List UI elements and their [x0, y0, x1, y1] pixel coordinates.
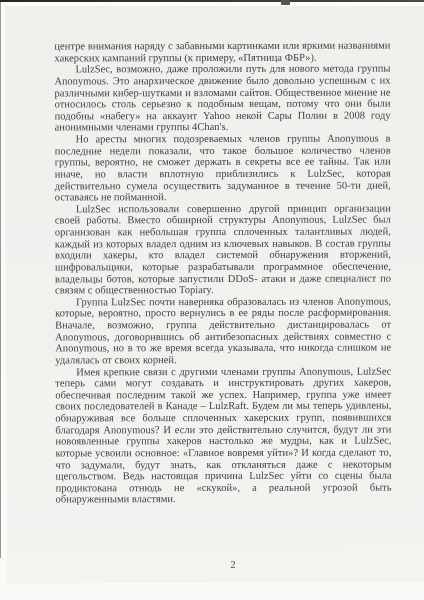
scan-speck-artifact: [281, 0, 290, 5]
scan-edge-highlight: [0, 2, 424, 6]
paragraph: Но аресты многих подозреваемых членов гр…: [55, 134, 391, 205]
page-number: 2: [55, 560, 411, 571]
paragraph: центре внимания наряду с забавными карти…: [54, 41, 390, 65]
paragraph: Группа LulzSec почти наверняка образовал…: [55, 296, 391, 367]
paragraph: LulzSec, возможно, даже проложили путь д…: [54, 64, 390, 135]
scan-edge-artifact-left: [0, 2, 1, 558]
paragraph: Имея крепкие связи с другими членами гру…: [55, 366, 391, 506]
scanned-document-page: { "document": { "page_number": "2", "par…: [0, 0, 424, 600]
paragraph: LulzSec использовали совершенно другой п…: [55, 203, 391, 297]
document-text: центре внимания наряду с забавными карти…: [54, 41, 391, 507]
